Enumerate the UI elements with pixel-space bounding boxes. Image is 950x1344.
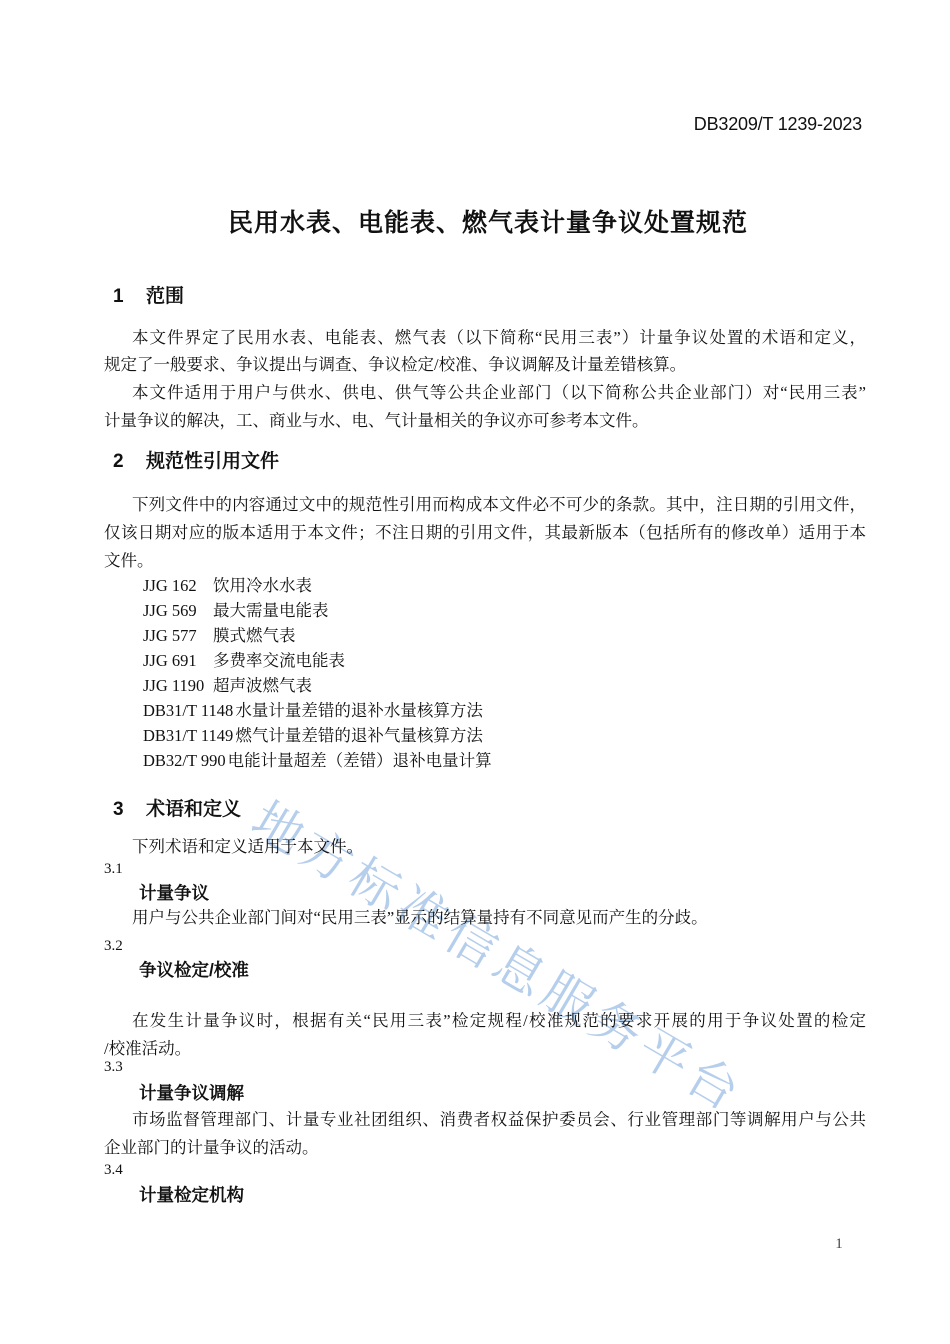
section-number: 3 (113, 795, 146, 825)
scope-para2-line2: 计量争议的解决，工、商业与水、电、气计量相关的争议亦可参考本文件。 (104, 407, 866, 435)
term-definition-line: 企业部门的计量争议的活动。 (104, 1134, 866, 1162)
scope-para1-line1: 本文件界定了民用水表、电能表、燃气表（以下简称“民用三表”）计量争议处置的术语和… (104, 324, 866, 352)
reference-code: JJG 577 (143, 623, 211, 648)
term-name: 计量检定机构 (139, 1182, 244, 1208)
reference-title: 饮用冷水水表 (213, 576, 312, 595)
reference-title: 电能计量超差（差错）退补电量计算 (228, 751, 492, 770)
term-number: 3.2 (104, 935, 123, 957)
term-name: 计量争议调解 (139, 1080, 244, 1106)
reference-item: JJG 691多费率交流电能表 (143, 648, 492, 673)
reference-title: 最大需量电能表 (213, 601, 329, 620)
reference-item: DB32/T 990电能计量超差（差错）退补电量计算 (143, 748, 492, 773)
page-number: 1 (826, 1232, 852, 1256)
section-title: 规范性引用文件 (146, 451, 279, 472)
reference-title: 多费率交流电能表 (213, 651, 345, 670)
section-heading-references: 2规范性引用文件 (113, 447, 279, 477)
term-definition-line: 用户与公共企业部门间对“民用三表”显示的结算量持有不同意见而产生的分歧。 (104, 904, 866, 932)
reference-code: JJG 691 (143, 648, 211, 673)
term-definition-line: /校准活动。 (104, 1035, 866, 1063)
term-number: 3.3 (104, 1056, 123, 1078)
section-title: 范围 (146, 286, 184, 307)
scope-para2-line1: 本文件适用于用户与供水、供电、供气等公共企业部门（以下简称公共企业部门）对“民用… (104, 379, 866, 407)
reference-list: JJG 162饮用冷水水表 JJG 569最大需量电能表 JJG 577膜式燃气… (143, 573, 492, 773)
standard-code: DB3209/T 1239-2023 (694, 112, 862, 136)
reference-item: JJG 577膜式燃气表 (143, 623, 492, 648)
section-number: 1 (113, 282, 146, 312)
document-page: 地方标准信息服务平台 DB3209/T 1239-2023 民用水表、电能表、燃… (0, 0, 950, 1344)
references-para-line2: 仅该日期对应的版本适用于本文件；不注日期的引用文件，其最新版本（包括所有的修改单… (104, 519, 866, 547)
section-title: 术语和定义 (146, 799, 241, 820)
term-definition-line: 市场监督管理部门、计量专业社团组织、消费者权益保护委员会、行业管理部门等调解用户… (104, 1106, 866, 1134)
reference-title: 燃气计量差错的退补气量核算方法 (235, 726, 483, 745)
term-name: 争议检定/校准 (139, 957, 249, 983)
section-heading-terms: 3术语和定义 (113, 795, 241, 825)
references-para-line3: 文件。 (104, 547, 866, 575)
section-number: 2 (113, 447, 146, 477)
reference-title: 膜式燃气表 (213, 626, 296, 645)
term-definition-line: 在发生计量争议时，根据有关“民用三表”检定规程/校准规范的要求开展的用于争议处置… (104, 1007, 866, 1035)
reference-code: JJG 162 (143, 573, 211, 598)
section-heading-scope: 1范围 (113, 282, 184, 312)
reference-title: 水量计量差错的退补水量核算方法 (235, 701, 483, 720)
terms-intro: 下列术语和定义适用于本文件。 (104, 833, 866, 861)
reference-title: 超声波燃气表 (213, 676, 312, 695)
reference-code: DB31/T 1149 (143, 723, 233, 748)
reference-item: DB31/T 1149燃气计量差错的退补气量核算方法 (143, 723, 492, 748)
reference-item: DB31/T 1148水量计量差错的退补水量核算方法 (143, 698, 492, 723)
reference-item: JJG 569最大需量电能表 (143, 598, 492, 623)
document-title: 民用水表、电能表、燃气表计量争议处置规范 (0, 204, 950, 242)
reference-item: JJG 162饮用冷水水表 (143, 573, 492, 598)
references-para-line1: 下列文件中的内容通过文中的规范性引用而构成本文件必不可少的条款。其中，注日期的引… (104, 491, 866, 519)
term-number: 3.4 (104, 1159, 123, 1181)
reference-code: JJG 1190 (143, 673, 211, 698)
term-number: 3.1 (104, 858, 123, 880)
term-name: 计量争议 (139, 880, 209, 906)
scope-para1-line2: 规定了一般要求、争议提出与调查、争议检定/校准、争议调解及计量差错核算。 (104, 351, 866, 379)
reference-code: JJG 569 (143, 598, 211, 623)
reference-code: DB31/T 1148 (143, 698, 233, 723)
reference-item: JJG 1190超声波燃气表 (143, 673, 492, 698)
reference-code: DB32/T 990 (143, 748, 226, 773)
